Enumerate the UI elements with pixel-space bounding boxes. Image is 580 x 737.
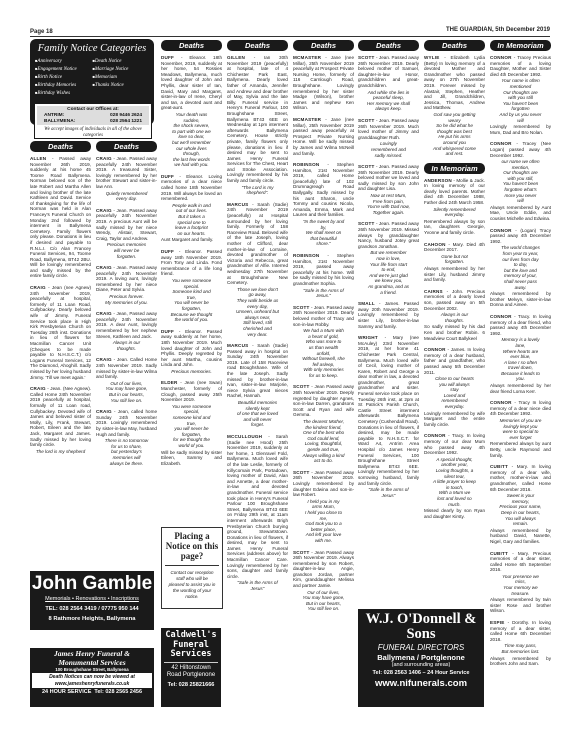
notice: CONNOR - Tracey (Nee Logan) passed away …	[490, 141, 551, 221]
deaths-header: Deaths	[30, 141, 91, 152]
column-5: DeathsMCMASTER - Jane (nee Millar), 25th…	[293, 40, 354, 618]
notice: DUFF - Eleanor. Passed away 18th Novembe…	[161, 249, 222, 323]
notice-verse: The world changes from year to year, our…	[490, 245, 551, 290]
notice-verse: our name we often mention, Our thoughts …	[490, 159, 551, 204]
notice-verse: Your presence we miss, Your memory we tr…	[490, 574, 551, 596]
deaths-header: Deaths	[358, 40, 419, 51]
office-ballymena: BALLYMENA:028 2564 1221	[37, 119, 149, 125]
ad-address: 42 Hiltonstown Road Portglenone	[161, 663, 221, 681]
notice: SCOTT - Jean. Passed away 26th November …	[358, 221, 419, 295]
page-number: Page 18	[30, 29, 53, 35]
ad-tagline: FUNERAL DIRECTORS	[358, 642, 484, 653]
notice: CRAIG - Jean (nee Agnew) 24th November 2…	[30, 285, 91, 380]
notice-closing: Will be sadly missed by sister Eileen, S…	[161, 450, 222, 467]
notice-name: CONNOR	[490, 55, 512, 60]
notice-verse: Now at rest Mum, Free from pain, You're …	[358, 193, 419, 215]
notice-name: CAIRNS	[424, 289, 443, 294]
notice-name: ELDER	[161, 380, 178, 385]
notice: SCOTT - Jean. Passed away 26th November …	[358, 118, 419, 158]
notice: SMALL - James. Passed away 20th November…	[358, 301, 419, 329]
notice-name: CAHOON	[424, 242, 446, 247]
ad-title: John Gamble	[30, 573, 154, 595]
notice-text: - Jean Passed away 26th November 2019. D…	[293, 384, 354, 417]
ad-subtitle: (and surrounding areas)	[358, 662, 484, 669]
notice-closing: Always remembered by twin sister Rose an…	[490, 597, 551, 614]
notice: ROBINSON - Stephen Hamilton, 21st Novemb…	[293, 162, 354, 247]
notice-verse: There is no tomorrow for us to share, bu…	[96, 438, 157, 466]
ad-phone: Tel: 028 2563 1406 – 24 Hour Service	[358, 669, 484, 678]
ad-notice: Death Notices can now be viewed at www.j…	[32, 673, 152, 688]
notice-name: SCOTT	[293, 470, 310, 475]
notice: SCOTT - Jean. Passed away 26th November …	[293, 305, 354, 379]
category-item: Marriage Notice	[93, 65, 151, 73]
in-memoriam-header: In Memoriam	[424, 163, 485, 174]
notice: MARCUS - Sarah (Sadie) 24th November 201…	[227, 202, 288, 337]
column-2: DeathsCRAIG - Jean. Passed away peaceful…	[96, 141, 157, 472]
notice-text: - Jean Passed away 26th November 2019. A…	[293, 550, 354, 589]
notice-text: - Sarah (Sadie) Passed away in hospital …	[227, 343, 288, 398]
category-item: Birthday Memories	[35, 81, 93, 89]
notice: ALLEN - Passed away November 26th 2019, …	[30, 156, 91, 279]
notice: SCOTT - Jean Passed away 26th November 2…	[293, 384, 354, 463]
category-item: Birth Notice	[35, 73, 93, 81]
ad-phone: 24 HOUR SERVICE Tel: 028 2565 2456	[30, 688, 154, 697]
office-name: BALLYMENA:	[44, 119, 75, 125]
notice-verse: Beautiful memories silently kept of one …	[227, 400, 288, 428]
notice-name: CONNOR	[490, 400, 512, 405]
notice-name: MARCUS	[227, 343, 248, 348]
notice-text: - Jean. Passed away peacefully 24th Nove…	[96, 208, 157, 241]
ad-phone: TEL: 028 2564 3419 / 07775 950 144	[30, 604, 154, 615]
notice: CRAIG - Jean. Passed away peacefully 24t…	[96, 208, 157, 259]
notice-verse: You were someone special. Someone kind a…	[161, 278, 222, 323]
notice: CRAIG - Jean. (Nee Agnew). Called Home 2…	[30, 386, 91, 454]
ad-title: Caldwell's Funeral Services	[164, 628, 218, 663]
notice: WYLIE - Elizabeth Lydia (Betty) In lovin…	[424, 55, 485, 157]
column-6: DeathsSCOTT - Jean. Passed away 26th Nov…	[358, 40, 419, 504]
categories-title: Family Notice Categories	[30, 43, 154, 54]
notice-verse: Memories of you are lovingly kept you we…	[490, 418, 551, 440]
notice-name: CRAIG	[96, 409, 112, 414]
category-item: Engagement Notice	[35, 65, 93, 73]
notice: DUFF - Eleanor. 18th November, 2019, sud…	[161, 55, 222, 168]
notice-name: ROBINSON	[293, 162, 319, 167]
notice-text: - Stephen Hamilton, 21st November 2019, …	[293, 162, 354, 217]
notice-name: SCOTT	[293, 384, 310, 389]
notice-name: CUBITT	[490, 464, 508, 469]
notice-verse: The lord is my shepherd	[30, 449, 91, 455]
notice: CRAIG - Jean. Called Home 24th November …	[96, 357, 157, 403]
column-7: DeathsWYLIE - Elizabeth Lydia (Betty) In…	[424, 40, 485, 525]
ad-address: 8 Rathmore Heights, Ballymena	[30, 615, 154, 624]
notice: MCCULLOUGH - Sarah (Sadie nee Hood) 25th…	[227, 434, 288, 592]
categories-list: AnniversaryDeath NoticeEngagement Notice…	[30, 54, 154, 97]
placing-notice-box: Placing a Notice on this page? Contact o…	[161, 527, 223, 609]
notice-name: CUBITT	[490, 551, 508, 556]
ad-james-henry: James Henry Funeral & Monumental Service…	[30, 648, 154, 707]
notice: GILLEN - Ian 30th November 2019 (peacefu…	[227, 55, 288, 196]
notice-verse: Precious forever. My memories of you.	[96, 294, 157, 305]
contact-offices-box: Contact our Offices at: ANTRIM:028 9446 …	[37, 106, 149, 125]
notice-verse: Silently remembered everyday.	[424, 207, 485, 218]
notice-name: CRAIG	[96, 208, 112, 213]
notice: CRAIG - Jean, called home Sunday 24th No…	[96, 409, 157, 466]
notice-closing: Always remembered by brother Melvyn, sis…	[490, 291, 551, 308]
notice: SCOTT - Jean Passed away 26th November 2…	[293, 550, 354, 613]
notice-verse: You were someone special, someone kind a…	[161, 404, 222, 449]
notice-name: ANDERSON	[424, 178, 452, 183]
notice-verse: And while she lies in peaceful sleep, He…	[358, 90, 419, 112]
notice-name: ALLEN	[30, 156, 46, 161]
header-rule	[30, 36, 550, 37]
column-4: DeathsGILLEN - Ian 30th November 2019 (p…	[227, 40, 288, 598]
notice-verse: We had a Mum with a heart of gold, Who w…	[293, 328, 354, 378]
notice-text: - Jean. Passed away 26th November 2019. …	[358, 55, 419, 88]
category-item: Memoriam	[93, 73, 151, 81]
notice-name: CONNOR	[490, 314, 512, 319]
notice: CONNOR - (Logan) Tracy passed away 4th D…	[490, 228, 551, 308]
notice: MCMASTER - Jane (nee Millar), 25th Novem…	[293, 117, 354, 156]
notice-closing: So sadly missed by his dad Ken and broth…	[424, 324, 485, 341]
ad-john-gamble: John Gamble Memorials • Renovations • In…	[30, 571, 154, 630]
notice-name: CRAIG	[30, 285, 46, 290]
notice: WRIGHT - Mary (nee McAuley) 23rd Novembe…	[358, 335, 419, 498]
notice: CONNOR - Tracy. In loving memory of our …	[424, 433, 485, 519]
notice: CAIRNS - John. Precious memories of a de…	[424, 289, 485, 341]
notice-verse: Your death was sudden, the shock severe,…	[161, 112, 222, 168]
notice-verse: Out of our lives, You may have gone, But…	[96, 381, 157, 403]
notice-verse: Always in our thoughts.	[96, 340, 157, 351]
notice-text: - Mary (nee McAuley) 23rd November 2019,…	[358, 335, 419, 485]
notice-verse: Those we love don't go away, They walk b…	[227, 287, 288, 337]
ad-phone: Tel: 028 25821666	[161, 681, 221, 689]
placing-notice-text: Contact our reception staff who will be …	[165, 565, 219, 600]
notice-name: MARCUS	[227, 202, 248, 207]
notice-text: - Stephen Hamilton, 21st November 2019, …	[293, 253, 354, 286]
notice-verse: Precious memories will never be forgotte…	[96, 242, 157, 259]
notice: MCMASTER - Jane (nee Millar), 25th Novem…	[293, 55, 354, 111]
contact-offices: Contact our Offices at: ANTRIM:028 9446 …	[34, 104, 152, 139]
notice-name: MCMASTER	[293, 55, 321, 60]
notice-text: - Passed away November 26th 2019, sudden…	[30, 156, 91, 278]
deaths-header: Deaths	[293, 40, 354, 51]
notice: CRAIG - Jean. Passed away peacefully 24t…	[96, 156, 157, 202]
notice-verse: Our of our lives, You may have gone, But…	[293, 590, 354, 612]
notice-verse: Close to our hearts you will always stay…	[424, 376, 485, 410]
notice: SCOTT - Jean. Passed away 26th November …	[358, 164, 419, 215]
notice-name: ESPIE	[490, 620, 505, 625]
column-1: DeathsALLEN - Passed away November 26th …	[30, 141, 91, 460]
deaths-header: Deaths	[96, 141, 157, 152]
notice-name: CRAIG	[96, 357, 112, 362]
ad-odonnell: W.J. O'Donnell & Sons FUNERAL DIRECTORS …	[358, 609, 484, 707]
notice-verse: People walk in and out of our lives. But…	[161, 203, 222, 237]
notice-verse: Your name is often mentioned Our thought…	[490, 78, 551, 123]
notice-verse: I held you in my arms Mum, I held you cl…	[293, 499, 354, 544]
notice-name: DUFF	[161, 329, 174, 334]
notice-text: - Jane (nee Millar), 25th November 2019 …	[293, 117, 354, 156]
category-item: Thanks Notice	[93, 81, 151, 89]
ad-title: James Henry Funeral & Monumental Service…	[30, 648, 154, 667]
notice-name: CRAIG	[96, 156, 112, 161]
notice: DUFF - Eleanor. Loving memories of a dea…	[161, 174, 222, 243]
notice: DUFF - Eleanor. Passed away suddenly at …	[161, 329, 222, 375]
in-memoriam-header: In Memoriam	[490, 40, 551, 51]
notice-closing: Remembered always by son Ian, daughters …	[424, 219, 485, 236]
notice-verse: But we remember now in love, Your life f…	[358, 250, 419, 295]
notice-verse: "The Lord is my shepherd".	[227, 185, 288, 196]
notice-name: SCOTT	[293, 550, 310, 555]
notice: MARCUS - Sarah (Sadie) Passed away in ho…	[227, 343, 288, 428]
notice-verse: Always in our thoughts.	[424, 312, 485, 323]
deaths-header: Deaths	[227, 40, 288, 51]
notice-verse: "In the sweet by and by, We shall meet o…	[293, 219, 354, 247]
notice: ANDERSON - Mollie & Jack. In loving memo…	[424, 178, 485, 236]
notice-text: - Eleanor. 18th November, 2019, suddenly…	[161, 55, 222, 110]
notice-verse: Quietly remembered every day.	[96, 191, 157, 202]
notice-name: SMALL	[358, 301, 375, 306]
column-3: DeathsDUFF - Eleanor. 18th November, 201…	[161, 40, 222, 472]
ad-services: Memorials • Renovations • Inscriptions	[30, 595, 154, 604]
notice-name: CONNOR	[424, 433, 446, 438]
notice-name: SCOTT	[358, 55, 375, 60]
notice-verse: Gone but not forgotten.	[424, 254, 485, 265]
notice-name: SCOTT	[293, 305, 310, 310]
notice-text: - Sarah (Sadie nee Hood) 25th November 2…	[227, 434, 288, 579]
notice-text: - Eleanor. Passed away suddenly at her h…	[161, 329, 222, 368]
notice-name: GILLEN	[227, 55, 245, 60]
placing-notice-title: Placing a Notice on this page?	[162, 528, 222, 561]
notice-verse: The dearest Mother, the kindest friend, …	[293, 419, 354, 464]
notice-verse: A special thought, another year, Loving …	[424, 457, 485, 507]
notice-closing: Always remembered by husband David, Nane…	[490, 528, 551, 545]
notice: CAHOON - Mary. Died 4th December 2017.Go…	[424, 242, 485, 283]
notice-name: SCOTT	[358, 164, 375, 169]
notice-name: CRAIG	[30, 386, 46, 391]
notice: CONNOR - Tracy In loving memory of a dea…	[490, 400, 551, 458]
notice-name: DUFF	[161, 249, 174, 254]
notice-closing: Always remembered by brothers John and S…	[490, 656, 551, 667]
notice: SCOTT - Jean. Passed away 26th November …	[358, 55, 419, 112]
notice: CONNOR - Tracy. In loving memory of a de…	[490, 314, 551, 394]
notice-closing: Always remembered by her dear friend Lor…	[490, 383, 551, 394]
notice: CRAIG - Jean, Passed away peacefully 24t…	[96, 311, 157, 351]
notice-name: WYLIE	[424, 55, 440, 60]
office-phone: 028 2564 1221	[110, 119, 142, 125]
column-8: In MemoriamCONNOR - Tracey Precious memo…	[490, 40, 551, 673]
notice-name: CRAIG	[96, 311, 112, 316]
notice-name: MCCULLOUGH	[227, 434, 262, 439]
notice-name: SCOTT	[358, 118, 375, 123]
masthead: THE GUARDIAN, 5th December 2019	[446, 27, 550, 33]
deaths-header: Deaths	[161, 40, 222, 51]
notice-name: CRAIG	[96, 265, 112, 270]
notice-verse: "Safe in the Arms of Jesus"	[227, 580, 288, 591]
category-item: Anniversary	[35, 57, 93, 65]
notice-closing: Lovingly remembered by Mum, Dad and Bro …	[490, 124, 551, 135]
notice-closing: Missed dearly by son Ryan and daughter K…	[424, 508, 485, 519]
notice-name: DUFF	[161, 55, 174, 60]
ad-website[interactable]: www.nifunerals.com	[358, 678, 484, 690]
notice: CUBITT - Mary. Precious memories of a de…	[490, 551, 551, 615]
notice-verse: Precious memories.	[161, 369, 222, 375]
notice-verse: God saw you getting weary So he did what…	[424, 112, 485, 157]
category-item: Death Notice	[93, 57, 151, 65]
notice-text: - Ian 30th November 2019 (peacefully) at…	[227, 55, 288, 183]
notice-text: - Jean (nee Agnew) 24th November 2019, p…	[30, 285, 91, 380]
notice-verse: Time may pass, But memories last.	[490, 643, 551, 654]
ad-caldwells: Caldwell's Funeral Services 42 Hiltonsto…	[161, 628, 221, 707]
notice-closing: Always remembered by her sister Lily, hu…	[424, 266, 485, 283]
notice-closing: Remembered always by aunt Betty, uncle R…	[490, 441, 551, 458]
notice-text: - Jean. (Nee Agnew). Called Home 24th No…	[30, 386, 91, 447]
notice: CUBITT - Mary. In loving memory of a dea…	[490, 464, 551, 544]
notice-name: SCOTT	[358, 221, 375, 226]
notice: ROBINSON - Stephen Hamilton, 21st Novemb…	[293, 253, 354, 299]
notice-text: - Jean. Passed away peacefully 24th Nove…	[96, 156, 157, 189]
notice: ELDER - Jean (nee Swan) Manchester, form…	[161, 380, 222, 466]
notice: ESPIE - Dorothy. In loving memory of a d…	[490, 620, 551, 667]
notice-closing: Aunt Margaret and family.	[161, 237, 222, 243]
notice: CONNOR - James. In loving memory of a de…	[424, 347, 485, 427]
category-item: Birthday Wishes	[35, 89, 93, 97]
notice: CONNOR - Tracey Precious memories of a l…	[490, 55, 551, 135]
notice-name: DUFF	[161, 174, 174, 179]
notice-verse: Memory is a lovely lane, Where hearts ar…	[490, 337, 551, 382]
notice-verse: "Safe in the arms of Jesus"	[358, 487, 419, 498]
notice-verse: Sweet is your memory, Precious your name…	[490, 493, 551, 527]
ad-areas: Ballymena / Portglenone	[358, 653, 484, 662]
notice-name: MCMASTER	[293, 117, 321, 122]
images-note: We accept images of individuals in all o…	[35, 127, 151, 138]
ad-title: W.J. O'Donnell & Sons	[358, 609, 484, 642]
notice: CRAIG - Jean. Passed away peacefully 24t…	[96, 265, 157, 305]
notice-text: - Sarah (Sadie) 24th November 2019 (peac…	[227, 202, 288, 285]
notice-verse: "Safe in the Arms of Jesus."	[293, 288, 354, 299]
notice: SCOTT - Jean Passed away 26th November 2…	[293, 470, 354, 544]
notice-verse: Lovingly remembered and sadly missed.	[358, 141, 419, 158]
notice-name: WRIGHT	[358, 335, 378, 340]
notice-name: CONNOR	[490, 141, 512, 146]
notice-name: CONNOR	[490, 228, 512, 233]
notice-text: - Elizabeth Lydia (Betty) In loving memo…	[424, 55, 485, 110]
notice-name: ROBINSON	[293, 253, 319, 258]
notice-closing: Lovingly remembered by wife Margaret and…	[424, 411, 485, 428]
notice-closing: Always remembered by Aunt Mae, Uncle Edd…	[490, 205, 551, 222]
notice-name: CONNOR	[424, 347, 446, 352]
notice-text: - Jane (nee Millar), 25th November 2019 …	[293, 55, 354, 110]
deaths-header: Deaths	[424, 40, 485, 51]
